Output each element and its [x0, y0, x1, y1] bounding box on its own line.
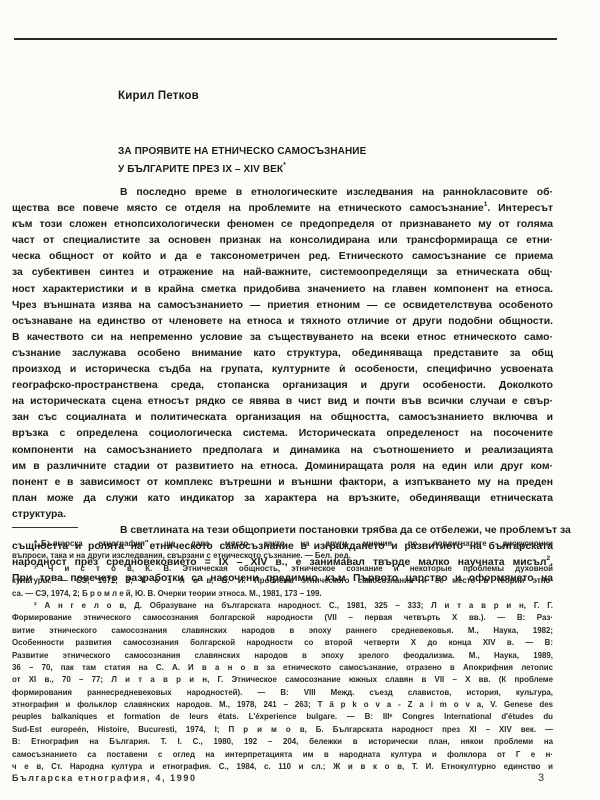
footnote-line: Особенности развития самосознания болгар…	[12, 637, 553, 649]
footnote-line: культуры. — СЭ, 1972, 3; К о з л о в, В.…	[12, 575, 553, 587]
author-name: Кирил Петков	[118, 90, 199, 102]
footnote-line: самосъзнанието са поставени с оглед на и…	[12, 749, 553, 761]
footnote-line: въпроси, така и на други изследвания, св…	[12, 550, 553, 562]
footnote-line: витие этнического самосознания славянски…	[12, 625, 553, 637]
title-footnote-marker: *	[283, 162, 286, 169]
body-line: ческа общност от който и да е таксономет…	[12, 249, 553, 265]
body-line: Чрез външната изява на самосъзнанието — …	[12, 298, 553, 314]
footnote-line: ¹ Ч и с т о в, К. В. Этническая общность…	[12, 563, 553, 575]
footnote-separator	[12, 527, 78, 528]
footnote-line: Sud-Est europeén, Histoire, Bucuresti, 1…	[12, 724, 553, 736]
footnote-line: от XI в., 70 – 77; Л и т а в р и н, Г. Э…	[12, 674, 553, 686]
title-line-2-text: У БЪЛГАРИТЕ ПРЕЗ IX – XIV ВЕК	[118, 164, 283, 175]
header-rule	[14, 38, 557, 40]
body-line: В светлината на тези общоприети постанов…	[12, 523, 553, 539]
body-line: план може да служи като индикатор за хар…	[12, 491, 553, 507]
footnote-line: са. — СЭ, 1974, 2; Б р о м л е й, Ю. В. …	[12, 588, 553, 600]
footnote-line: ч е в, Ст. Народна култура и етнография.…	[12, 761, 553, 773]
body-line: щества все повече място се отделя на про…	[12, 201, 553, 217]
body-line: част от специалистите за основен признак…	[12, 233, 553, 249]
footnote-line: 36 – 70, пак там статия на С. А. И в а н…	[12, 662, 553, 674]
body-line: за субективен синтез и отражение на най-…	[12, 265, 553, 281]
footnote-line: формирования раннесредневековых народнос…	[12, 687, 553, 699]
body-line: структура.	[12, 507, 553, 523]
footnote-line: В: Етнография на България. Т. I. С., 198…	[12, 736, 553, 748]
body-line: на историческата сцена етносът рядко се …	[12, 394, 553, 410]
footnote-line: Развитие этнического самосознания славян…	[12, 650, 553, 662]
body-line: компоненти на самосъзнанието предполага …	[12, 443, 553, 459]
body-line: съзнание заслужава особено внимание като…	[12, 346, 553, 362]
article-title: ЗА ПРОЯВИТЕ НА ЕТНИЧЕСКО САМОСЪЗНАНИЕ У …	[118, 143, 366, 179]
body-line: връзка с определена социологическа систе…	[12, 426, 553, 442]
footnote-line: ² А н г е л о в, Д. Образуване на българ…	[12, 600, 553, 612]
body-line: зан със социалната и политическата орган…	[12, 410, 553, 426]
body-line: В качеството си на непременно условие за…	[12, 330, 553, 346]
footnote-line: Формирование этнического самосознания бо…	[12, 612, 553, 624]
page-number: 3	[538, 772, 544, 784]
body-line: осъзнаване на единство от членовете на е…	[12, 314, 553, 330]
body-line: произход и историческа съдба на групата,…	[12, 362, 553, 378]
body-line: В последно време в етнологическите изсле…	[12, 185, 553, 201]
title-line-1: ЗА ПРОЯВИТЕ НА ЕТНИЧЕСКО САМОСЪЗНАНИЕ	[118, 143, 366, 161]
footnote-line: *„Българска етнография" ще дава място ка…	[12, 538, 553, 550]
body-line: географско-пространствена среда, стопанс…	[12, 378, 553, 394]
footnotes: *„Българска етнография" ще дава място ка…	[12, 538, 553, 773]
title-line-2: У БЪЛГАРИТЕ ПРЕЗ IX – XIV ВЕК*	[118, 161, 366, 179]
body-line: им в различните стадии от развитието на …	[12, 459, 553, 475]
footnote-line: этнография и фольклор славянских народов…	[12, 699, 553, 711]
article-body: В последно време в етнологическите изсле…	[12, 185, 553, 587]
body-line: към този сложен етнопсихологически феном…	[12, 217, 553, 233]
journal-footer: Българска етнография, 4, 1990	[12, 773, 197, 783]
footnote-line: peuples balkaniques et formation de leur…	[12, 711, 553, 723]
body-line: ност характеристики и в крайна сметка пр…	[12, 282, 553, 298]
body-line: понент е в зависимост от комплекс вътреш…	[12, 475, 553, 491]
